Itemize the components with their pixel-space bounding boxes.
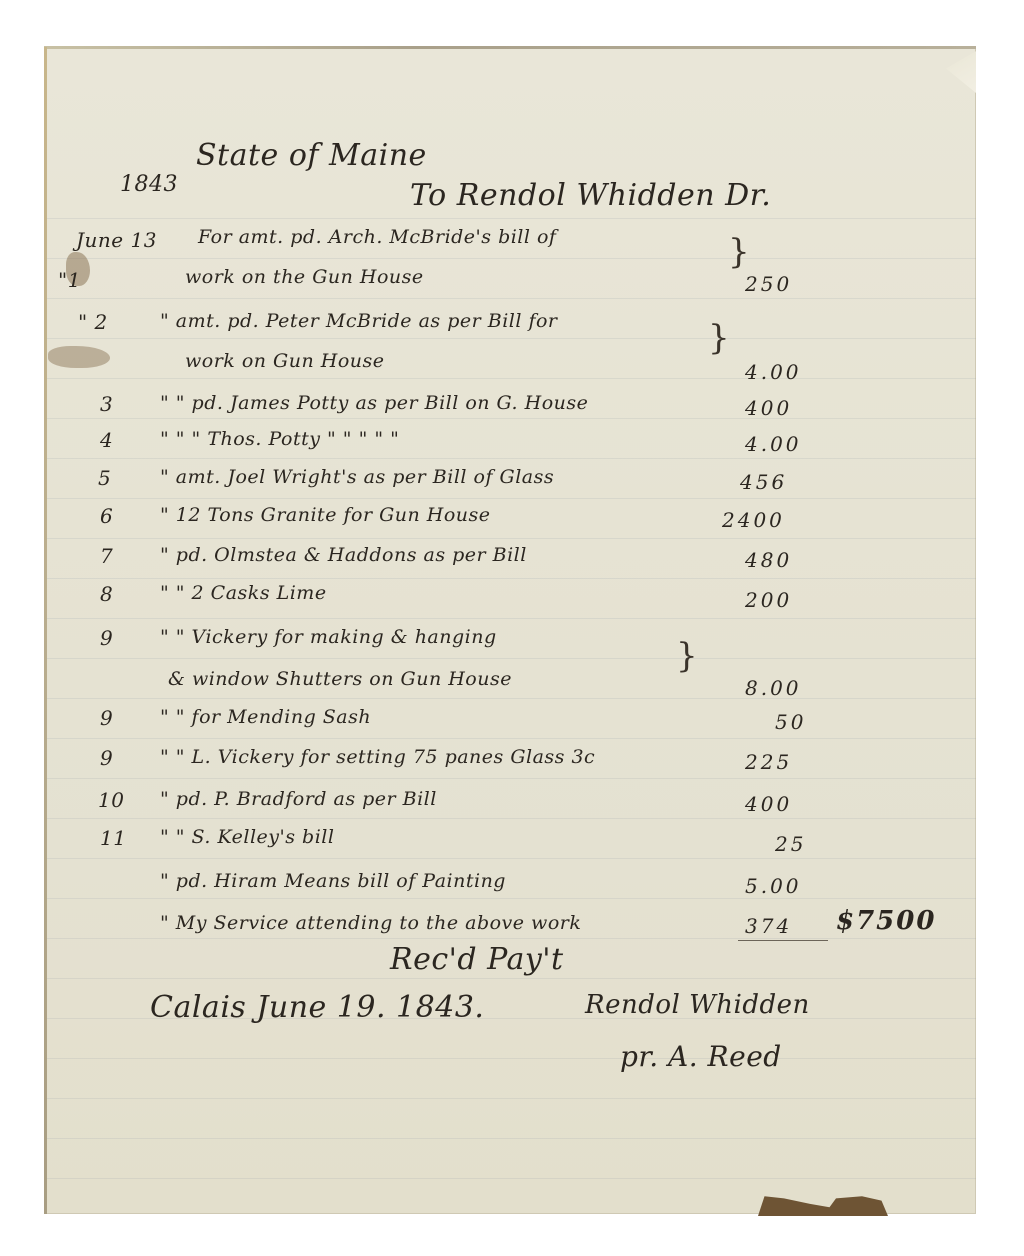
brace-icon: } [728,232,750,272]
entry-amount: 456 [740,470,787,494]
entry-amount: 8.00 [745,676,802,700]
amount-underline [738,940,828,941]
ruled-line [47,258,976,259]
entry-amount: 25 [775,832,806,856]
entry-description: " " L. Vickery for setting 75 panes Glas… [160,746,595,768]
entry-amount: 225 [745,750,792,774]
entry-date: 9 [100,706,113,730]
ruled-line [47,338,976,339]
payee-line: To Rendol Whidden Dr. [410,178,771,213]
entry-description: For amt. pd. Arch. McBride's bill of [198,226,556,248]
entry-date: June 13 [76,228,157,252]
entry-amount: 400 [745,396,792,420]
entry-description: " amt. pd. Peter McBride as per Bill for [160,310,558,332]
ruled-line [47,698,976,699]
ruled-line [47,898,976,899]
entry-description: " " 2 Casks Lime [160,582,327,604]
place-date: Calais June 19. 1843. [150,990,484,1025]
brace-icon: } [708,318,730,358]
entry-date: 4 [100,428,113,452]
entry-date: 7 [100,544,113,568]
entry-description: " " " Thos. Potty " " " " " [160,428,399,450]
entry-description: " " S. Kelley's bill [160,826,334,848]
entry-description: " My Service attending to the above work [160,912,581,934]
ruled-line [47,778,976,779]
ruled-line [47,538,976,539]
entry-amount: 4.00 [745,432,802,456]
ruled-line [47,1138,976,1139]
entry-description: " " for Mending Sash [160,706,371,728]
ruled-line [47,1178,976,1179]
ruled-line [47,298,976,299]
signature: Rendol Whidden [585,990,810,1020]
received-payment: Rec'd Pay't [390,942,564,977]
entry-description: " pd. Olmstea & Haddons as per Bill [160,544,527,566]
ruled-line [47,418,976,419]
ruled-line [47,658,976,659]
ruled-line [47,858,976,859]
signature-per: pr. A. Reed [620,1040,782,1073]
entry-amount: 400 [745,792,792,816]
entry-description: " " Vickery for making & hanging [160,626,497,648]
entry-description: " " pd. James Potty as per Bill on G. Ho… [160,392,588,414]
entry-date: 9 [100,746,113,770]
ruled-line [47,818,976,819]
entry-amount: 4.00 [745,360,802,384]
ruled-line [47,978,976,979]
entry-amount: 200 [745,588,792,612]
entry-amount: 480 [745,548,792,572]
ruled-line [47,1098,976,1099]
entry-amount: 374 [745,914,792,938]
entry-date: " 2 [78,310,108,334]
entry-date: 9 [100,626,113,650]
entry-date: 10 [98,788,124,812]
entry-description-cont: work on the Gun House [185,266,424,288]
paper-left-edge [44,47,47,1214]
ink-stain [48,346,110,368]
ruled-line [47,218,976,219]
entry-amount: 50 [775,710,806,734]
entry-date: 3 [100,392,113,416]
ruled-line [47,938,976,939]
entry-amount: 250 [745,272,792,296]
entry-amount: 2400 [722,508,785,532]
entry-description: " pd. Hiram Means bill of Painting [160,870,506,892]
ruled-line [47,578,976,579]
entry-date: 8 [100,582,113,606]
total-amount: $7500 [836,906,936,936]
entry-description: " amt. Joel Wright's as per Bill of Glas… [160,466,554,488]
entry-date: 11 [100,826,126,850]
entry-description-cont: & window Shutters on Gun House [168,668,512,690]
brace-icon: } [676,636,698,676]
document-heading: State of Maine [196,138,427,173]
entry-description: " pd. P. Bradford as per Bill [160,788,437,810]
entry-description: " 12 Tons Granite for Gun House [160,504,491,526]
ruled-line [47,498,976,499]
ruled-line [47,738,976,739]
entry-description-cont: work on Gun House [185,350,384,372]
entry-date: 6 [100,504,113,528]
entry-date: 5 [98,466,111,490]
entry-amount: 5.00 [745,874,802,898]
paper-top-edge [44,46,976,49]
ruled-line [47,458,976,459]
year: 1843 [120,172,178,197]
ruled-line [47,1058,976,1059]
ruled-line [47,378,976,379]
ruled-line [47,618,976,619]
